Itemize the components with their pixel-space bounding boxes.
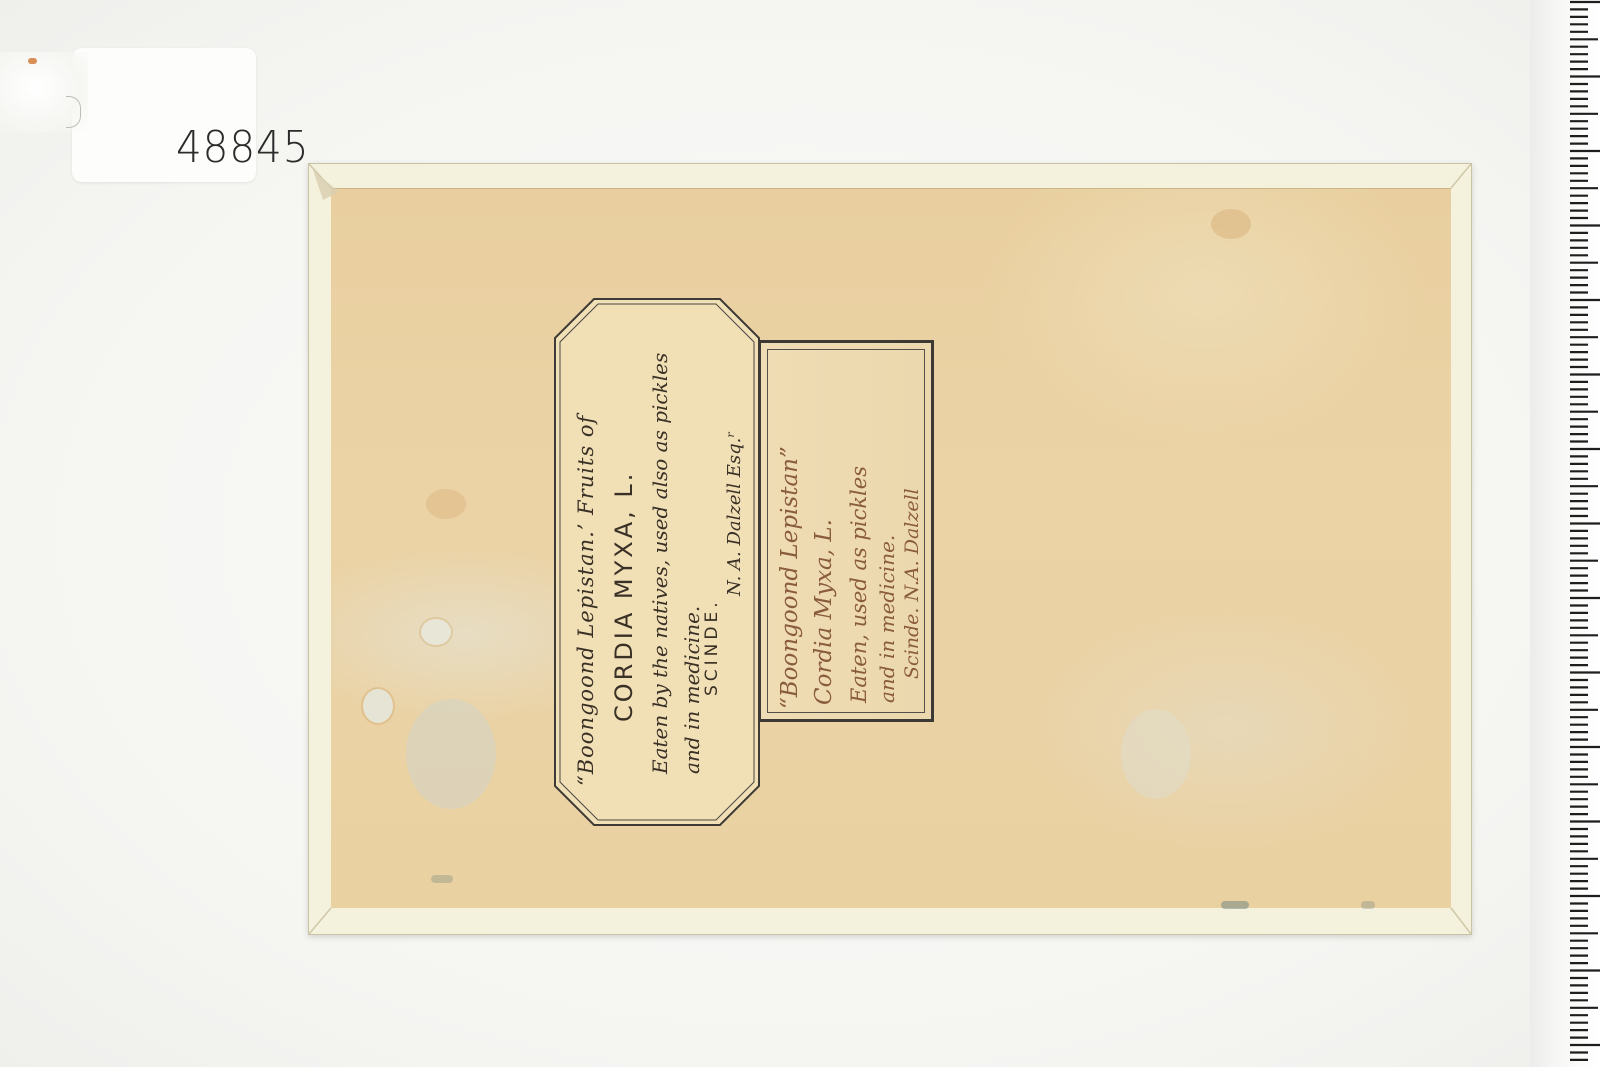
label-primary: “Boongoond Lepistan.’ Fruits of CORDIA M… [554,298,760,826]
label-species: Cordia Myxa, L. [811,519,837,705]
ruler-ticks [1530,0,1600,1067]
label-locality: Scinde. N.A. Dalzell [901,488,923,679]
label-line: “Boongoond Lepistan” [777,446,803,709]
label-line: and in medicine. [680,606,704,774]
rust-mark [28,58,37,64]
catalogue-tag: 48845 [72,48,256,182]
label-primary-text: “Boongoond Lepistan.’ Fruits of CORDIA M… [554,298,760,826]
label-species: CORDIA MYXA, L. [610,471,638,722]
label-secondary-text: “Boongoond Lepistan” Cordia Myxa, L. Eat… [761,349,931,719]
label-line: Eaten, used as pickles [847,466,871,703]
label-line: Eaten by the natives, used also as pickl… [648,353,672,774]
label-line: and in medicine. [875,535,899,703]
label-line: “Boongoond Lepistan.’ Fruits of [574,415,598,786]
scale-ruler [1530,0,1600,1067]
label-collector: N. A. Dalzell Esq.ʳ [724,431,745,596]
label-locality: SCINDE. [702,598,722,696]
label-secondary: “Boongoond Lepistan” Cordia Myxa, L. Eat… [758,340,934,722]
catalogue-number: 48845 [176,122,309,173]
photo-scene: 48845 “Boongoond [0,0,1600,1067]
